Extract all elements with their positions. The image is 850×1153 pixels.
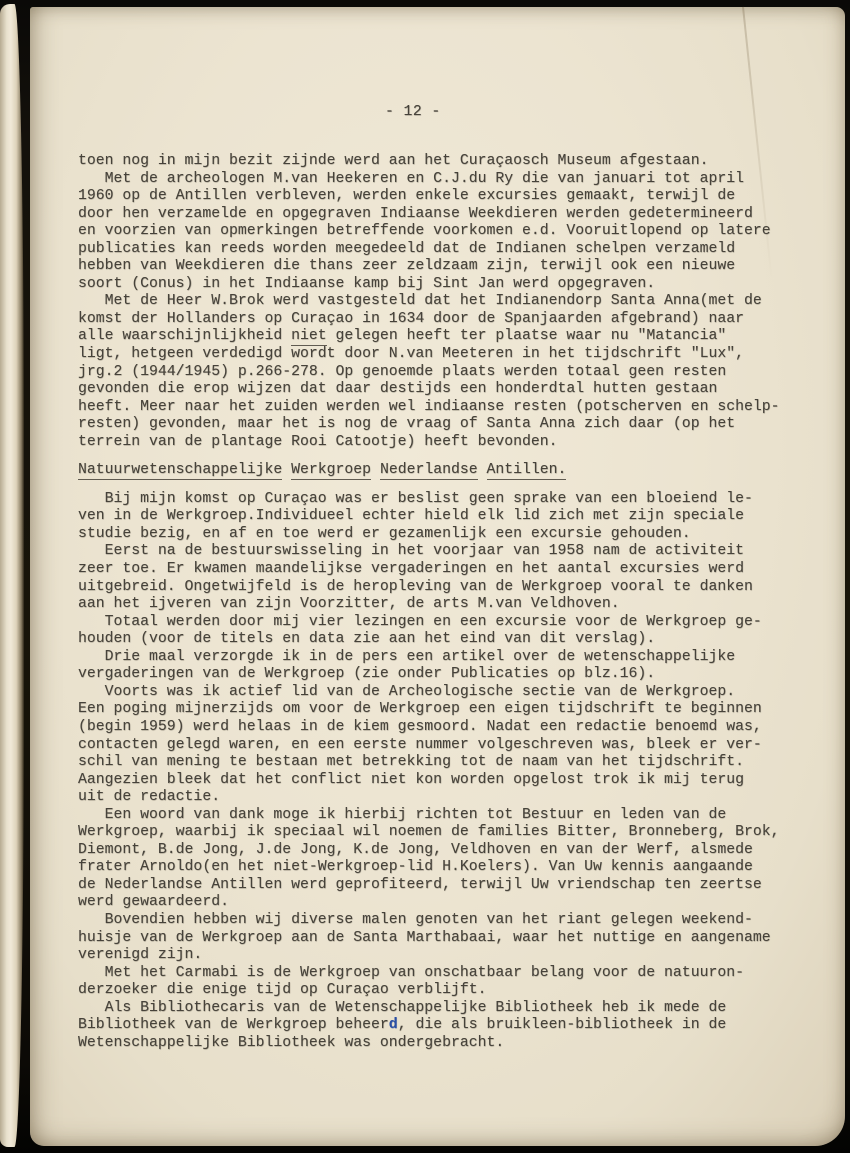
heading-word: Werkgroep [291, 462, 371, 480]
text-line: Eerst na de bestuurswisseling in het voo… [78, 543, 850, 561]
text-line: houden (voor de titels en data zie aan h… [78, 631, 850, 649]
text-line: schil van mening te bestaan met betrekki… [78, 754, 850, 772]
text-line: Een poging mijnerzijds om voor de Werkgr… [78, 701, 850, 719]
text-line: Met het Carmabi is de Werkgroep van onsc… [78, 965, 850, 983]
scanned-book-photo: - 12 - toen nog in mijn bezit zijnde wer… [0, 0, 850, 1153]
text-line: (begin 1959) werd helaas in de kiem gesm… [78, 719, 850, 737]
text-line: de Nederlandse Antillen werd geprofiteer… [78, 877, 850, 895]
text-line: aan het ijveren van zijn Voorzitter, de … [78, 596, 850, 614]
page-number: - 12 - [385, 104, 441, 122]
text-line: Drie maal verzorgde ik in de pers een ar… [78, 649, 850, 667]
text-line: verenigd zijn. [78, 947, 850, 965]
underlined-word: niet [291, 328, 327, 346]
blue-ink-correction: d [389, 1017, 398, 1033]
heading-word: Antillen. [487, 462, 567, 480]
document-page: - 12 - toen nog in mijn bezit zijnde wer… [30, 7, 845, 1146]
text-line: publicaties kan reeds worden meegedeeld … [78, 241, 850, 259]
text-line: Werkgroep, waarbij ik speciaal wil noeme… [78, 824, 850, 842]
text-line: derzoeker die enige tijd op Curaçao verb… [78, 982, 850, 1000]
text-line: jrg.2 (1944/1945) p.266-278. Op genoemde… [78, 364, 850, 382]
heading-word: Nederlandse [380, 462, 478, 480]
text-line: uit de redactie. [78, 789, 850, 807]
text-line: studie bezig, en af en toe werd er gezam… [78, 526, 850, 544]
text-line: hebben van Weekdieren die thans zeer zel… [78, 258, 850, 276]
text-line: zeer toe. Er kwamen maandelijkse vergade… [78, 561, 850, 579]
text-line: Wetenschappelijke Bibliotheek was onderg… [78, 1035, 850, 1053]
text-line: alle waarschijnlijkheid niet gelegen hee… [78, 328, 850, 346]
text-line: Totaal werden door mij vier lezingen en … [78, 614, 850, 632]
text-line: uitgebreid. Ongetwijfeld is de heroplevi… [78, 579, 850, 597]
text-line: werd gewaardeerd. [78, 894, 850, 912]
text-line: toen nog in mijn bezit zijnde werd aan h… [78, 153, 850, 171]
text-line: huisje van de Werkgroep aan de Santa Mar… [78, 930, 850, 948]
text-line: Bij mijn komst op Curaçao was er beslist… [78, 491, 850, 509]
text-line: gevonden die erop wijzen dat daar destij… [78, 381, 850, 399]
heading-word: Natuurwetenschappelijke [78, 462, 282, 480]
text-line: 1960 op de Antillen verbleven, werden en… [78, 188, 850, 206]
previous-page-curl-edge [0, 4, 24, 1147]
text-line: Aangezien bleek dat het conflict niet ko… [78, 772, 850, 790]
text-line: ligt, hetgeen verdedigd wordt door N.van… [78, 346, 850, 364]
text-line: resten) gevonden, maar het is nog de vra… [78, 416, 850, 434]
text-line: vergaderingen van de Werkgroep (zie onde… [78, 666, 850, 684]
text-line: Met de archeologen M.van Heekeren en C.J… [78, 171, 850, 189]
text-line: contacten gelegd waren, en een eerste nu… [78, 737, 850, 755]
text-line: Bibliotheek van de Werkgroep beheerd, di… [78, 1017, 850, 1035]
typewritten-text: toen nog in mijn bezit zijnde werd aan h… [78, 153, 850, 1052]
text-line: door hen verzamelde en opgegraven Indiaa… [78, 206, 850, 224]
text-line: komst der Hollanders op Curaçao in 1634 … [78, 311, 850, 329]
text-line: Met de Heer W.Brok werd vastgesteld dat … [78, 293, 850, 311]
text-line: terrein van de plantage Rooi Catootje) h… [78, 434, 850, 452]
section-heading: Natuurwetenschappelijke Werkgroep Nederl… [78, 462, 850, 480]
text-line: Voorts was ik actief lid van de Archeolo… [78, 684, 850, 702]
text-line: Als Bibliothecaris van de Wetenschappeli… [78, 1000, 850, 1018]
text-line: Bovendien hebben wij diverse malen genot… [78, 912, 850, 930]
text-line: heeft. Meer naar het zuiden werden wel i… [78, 399, 850, 417]
text-line: frater Arnoldo(en het niet-Werkgroep-lid… [78, 859, 850, 877]
text-line: ven in de Werkgroep.Individueel echter h… [78, 508, 850, 526]
text-line: Diemont, B.de Jong, J.de Jong, K.de Jong… [78, 842, 850, 860]
text-line: soort (Conus) in het Indiaanse kamp bij … [78, 276, 850, 294]
text-line: en voorzien van opmerkingen betreffende … [78, 223, 850, 241]
text-line: Een woord van dank moge ik hierbij richt… [78, 807, 850, 825]
